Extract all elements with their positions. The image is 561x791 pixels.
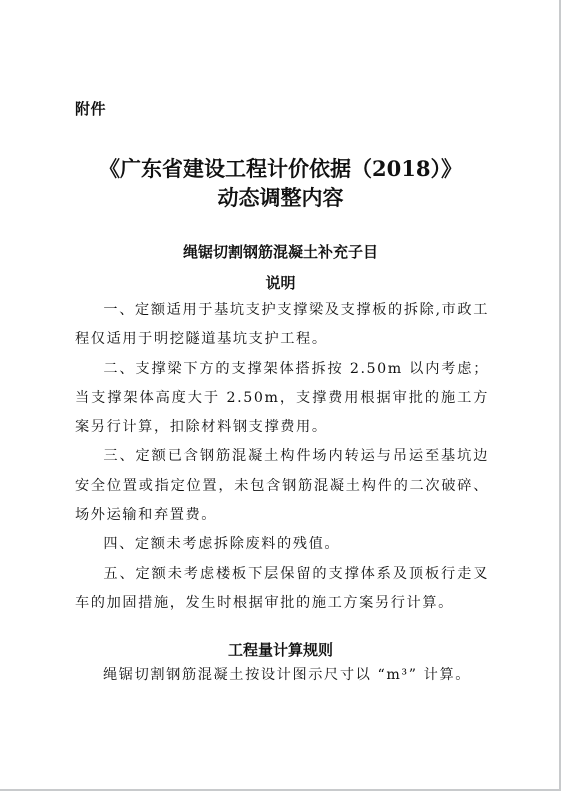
explanation-paragraphs: 一、定额适用于基坑支护支撑梁及支撑板的拆除,市政工程仅适用于明挖隧道基坑支护工程… <box>75 296 489 618</box>
rules-heading: 工程量计算规则 <box>0 639 561 660</box>
paragraph-5: 五、定额未考虑楼板下层保留的支撑体系及顶板行走叉车的加固措施，发生时根据审批的施… <box>75 560 489 619</box>
section-title: 绳锯切割钢筋混凝土补充子目 <box>0 241 561 262</box>
document-title-line2: 动态调整内容 <box>0 182 561 212</box>
explanation-heading: 说明 <box>0 272 561 293</box>
paragraph-1: 一、定额适用于基坑支护支撑梁及支撑板的拆除,市政工程仅适用于明挖隧道基坑支护工程… <box>75 296 489 355</box>
document-title-line1: 《广东省建设工程计价依据（2018）》 <box>0 153 561 183</box>
paragraph-3: 三、定额已含钢筋混凝土构件场内转运与吊运至基坑边安全位置或指定位置，未包含钢筋混… <box>75 442 489 530</box>
rules-text: 绳锯切割钢筋混凝土按设计图示尺寸以 “m³” 计算。 <box>103 661 471 690</box>
document-page: 附件 《广东省建设工程计价依据（2018）》 动态调整内容 绳锯切割钢筋混凝土补… <box>0 0 561 791</box>
paragraph-4: 四、定额未考虑拆除废料的残值。 <box>75 530 489 559</box>
paragraph-2: 二、支撑梁下方的支撑架体搭拆按 2.50m 以内考虑；当支撑架体高度大于 2.5… <box>75 355 489 443</box>
attachment-label: 附件 <box>75 98 106 119</box>
